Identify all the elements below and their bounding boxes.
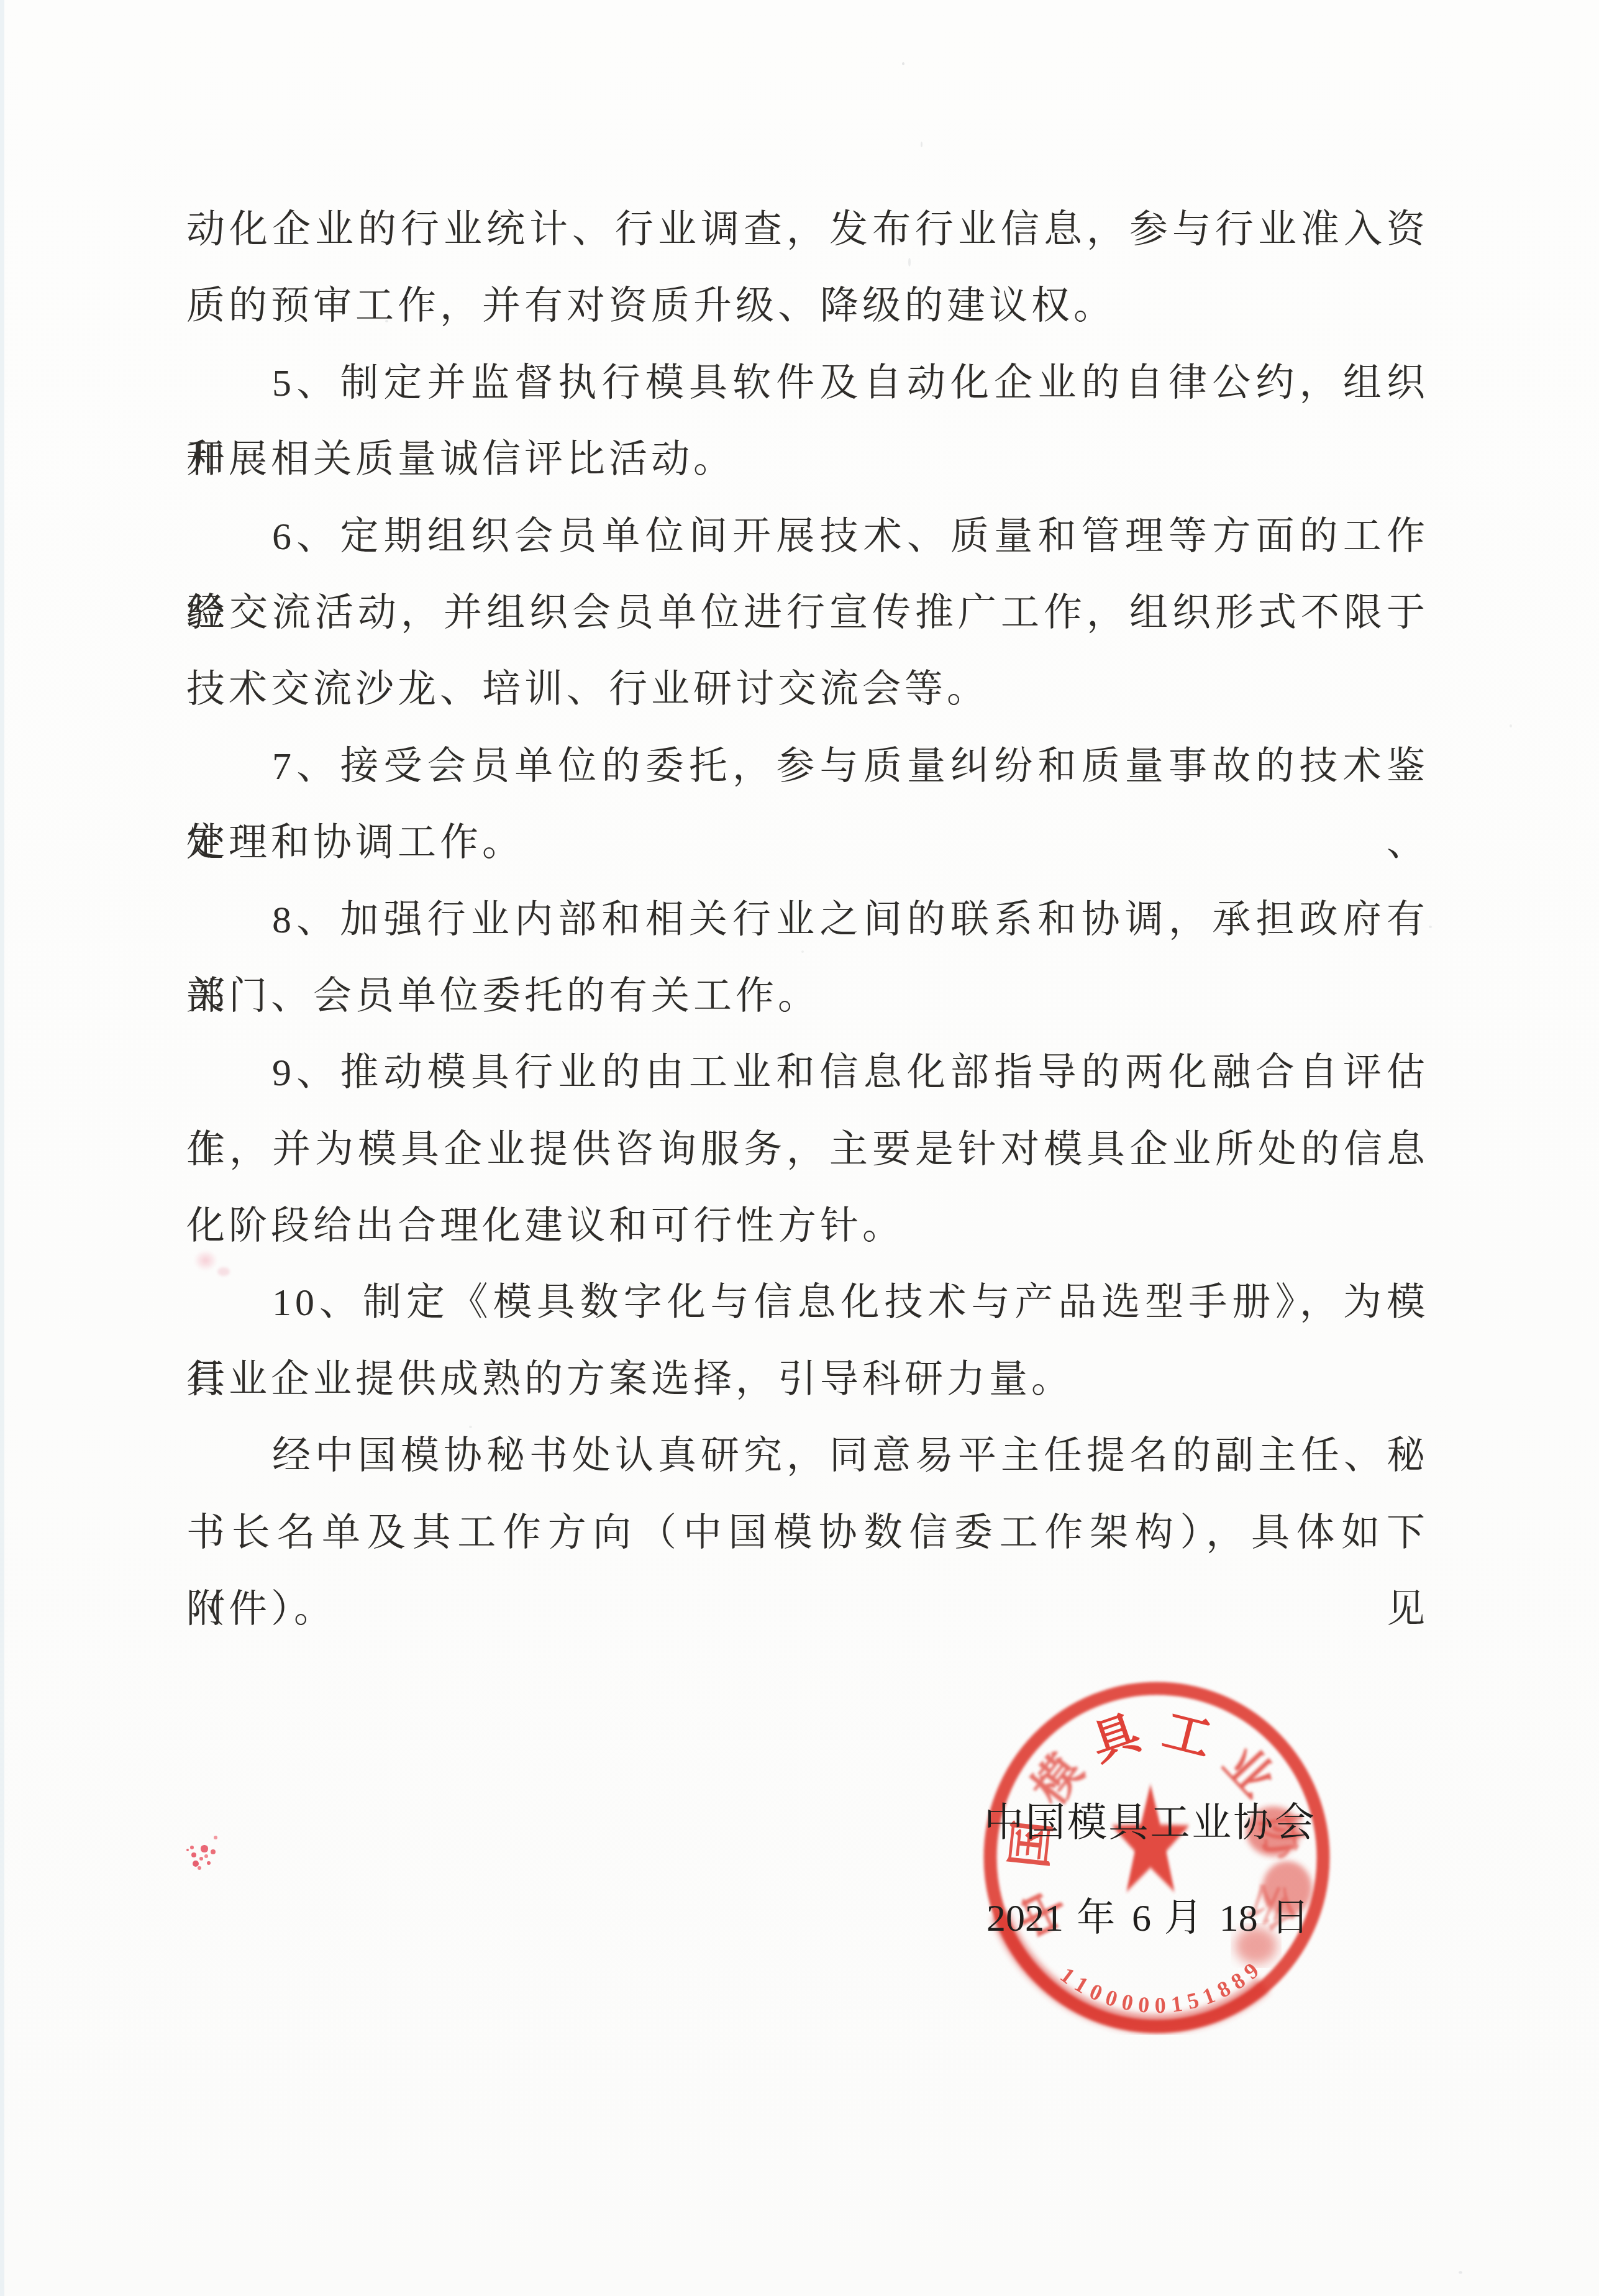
text-line: 质的预审工作，并有对资质升级、降级的建议权。 [186, 268, 1429, 345]
text-line: 8、加强行业内部和相关行业之间的联系和协调，承担政府有关 [186, 882, 1429, 959]
text-line: 经中国模协秘书处认真研究，同意易平主任提名的副主任、秘 [186, 1418, 1429, 1495]
text-line: 书长名单及其工作方向（中国模协数信委工作架构），具体如下（见 [186, 1495, 1429, 1572]
pink-ink-smudge [217, 1267, 230, 1276]
text-line: 7、接受会员单位的委托，参与质量纠纷和质量事故的技术鉴定、 [186, 729, 1429, 805]
signature-date: 2021 年 6 月 18 日 [986, 1898, 1310, 1938]
scan-speck [1429, 926, 1432, 928]
scan-speck [921, 142, 922, 147]
seal-ring-char: 业 [1213, 1737, 1283, 1807]
seal-graphic: 中国模具工业协会 1100000151889 [964, 1665, 1349, 2050]
scan-speck [1459, 2271, 1462, 2274]
text-line: 部门、会员单位委托的有关工作。 [186, 959, 1429, 1035]
text-line: 开展相关质量诚信评比活动。 [186, 422, 1429, 498]
text-line: 10、制定《模具数字化与信息化技术与产品选型手册》，为模具 [186, 1265, 1429, 1341]
seal-ring-char: 具 [1085, 1706, 1149, 1771]
seal-ring-char: 工 [1158, 1705, 1216, 1767]
seal-code-digit: 0 [1103, 1985, 1121, 2012]
red-ink-splatter [186, 1849, 189, 1851]
seal-code-digit: 0 [1137, 1992, 1150, 2017]
text-line: 6、定期组织会员单位间开展技术、质量和管理等方面的工作经 [186, 499, 1429, 575]
official-seal-stamp: 中国模具工业协会 1100000151889 [964, 1665, 1349, 2050]
document-body: 动化企业的行业统计、行业调查，发布行业信息，参与行业准入资质的预审工作，并有对资… [186, 192, 1429, 1648]
pink-ink-smudge [194, 1250, 217, 1271]
text-line: 行业企业提供成熟的方案选择，引导科研力量。 [186, 1342, 1429, 1418]
text-line: 化阶段给出合理化建议和可行性方针。 [186, 1188, 1429, 1265]
signature-org-name: 中国模具工业协会 [984, 1803, 1314, 1843]
seal-code-digit: 5 [1185, 1987, 1201, 2014]
text-line: 动化企业的行业统计、行业调查，发布行业信息，参与行业准入资 [186, 192, 1429, 268]
text-line: 作，并为模具企业提供咨询服务，主要是针对模具企业所处的信息 [186, 1112, 1429, 1188]
scanned-document-page: 动化企业的行业统计、行业调查，发布行业信息，参与行业准入资质的预审工作，并有对资… [0, 0, 1599, 2296]
text-line: 9、推动模具行业的由工业和信息化部指导的两化融合自评估工 [186, 1035, 1429, 1111]
seal-code-digit: 0 [1154, 1993, 1166, 2018]
seal-code-digit: 0 [1119, 1989, 1136, 2016]
text-line: 技术交流沙龙、培训、行业研讨交流会等。 [186, 652, 1429, 728]
scan-speck [1510, 724, 1512, 727]
text-line: 5、制定并监督执行模具软件及自动化企业的自律公约，组织和 [186, 345, 1429, 422]
seal-code-digit: 1 [1170, 1991, 1184, 2017]
scan-speck [902, 62, 904, 65]
text-line: 验交流活动，并组织会员单位进行宣传推广工作，组织形式不限于 [186, 575, 1429, 652]
scan-edge-artifact [0, 0, 4, 2296]
